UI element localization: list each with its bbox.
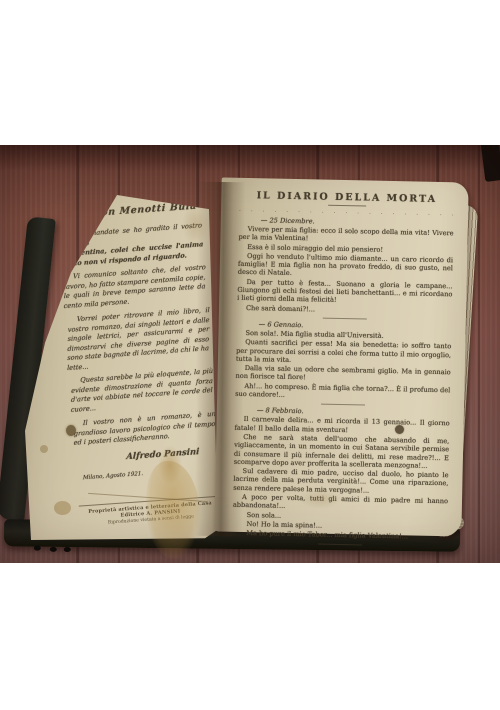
entry-paragraph: Ah!... ho compreso. È mia figlia che tor… <box>235 382 450 403</box>
diary-entry: — 25 Dicembre. Vivere per mia figlia: ec… <box>237 216 454 316</box>
diary-entry: — 6 Gennaio. Son sola!. Mia figlia studi… <box>235 320 452 403</box>
diary-title: IL DIARIO DELLA MORTA <box>239 190 454 206</box>
entry-paragraph: Quanti sacrifici per essa! Ma sia benede… <box>236 338 451 367</box>
entry-paragraph: Da per tutto è festa... Suonano a gloria… <box>237 278 452 307</box>
entry-separator <box>320 404 364 406</box>
dedication-paragraph: Il vostro non è un romanzo, è un grandio… <box>73 409 215 448</box>
cover-stud <box>64 547 71 552</box>
dateline: Milano, Agosto 1921. <box>83 466 219 482</box>
dedication-heading: Ad Anton Menotti Buia <box>58 200 200 221</box>
left-page: Ad Anton Menotti Buia Mi domandate se ho… <box>25 188 225 540</box>
dedication-paragraph: Questa sarebbe la più eloquente, la più … <box>71 367 213 415</box>
title-rule <box>328 205 366 207</box>
cover-stud <box>50 547 57 552</box>
dedication-paragraph: Vorrei poter ritrovare il mio libro, il … <box>67 306 210 374</box>
entry-paragraph: Che ne sarà stata dell'uomo che abusando… <box>234 433 450 471</box>
entry-paragraph: Sul cadavere di mio padre, ucciso dal du… <box>233 467 448 496</box>
right-page: IL DIARIO DELLA MORTA . . . . . . . . . … <box>214 177 468 536</box>
book-photograph: Ad Anton Menotti Buia Mi domandate se ho… <box>0 145 500 563</box>
dark-object-top-right <box>481 145 500 182</box>
entry-separator <box>322 318 366 320</box>
dedication-paragraph: Vi comunico soltanto che, del vostro lav… <box>64 263 206 311</box>
signature: Alfredo Pansini <box>75 447 199 466</box>
diary-entry: — 8 Febbraio. Il carnevale delira... e m… <box>232 406 450 542</box>
cover-stud <box>34 546 41 551</box>
entry-paragraph: Oggi ho venduto l'ultimo mio diamante...… <box>238 252 453 281</box>
